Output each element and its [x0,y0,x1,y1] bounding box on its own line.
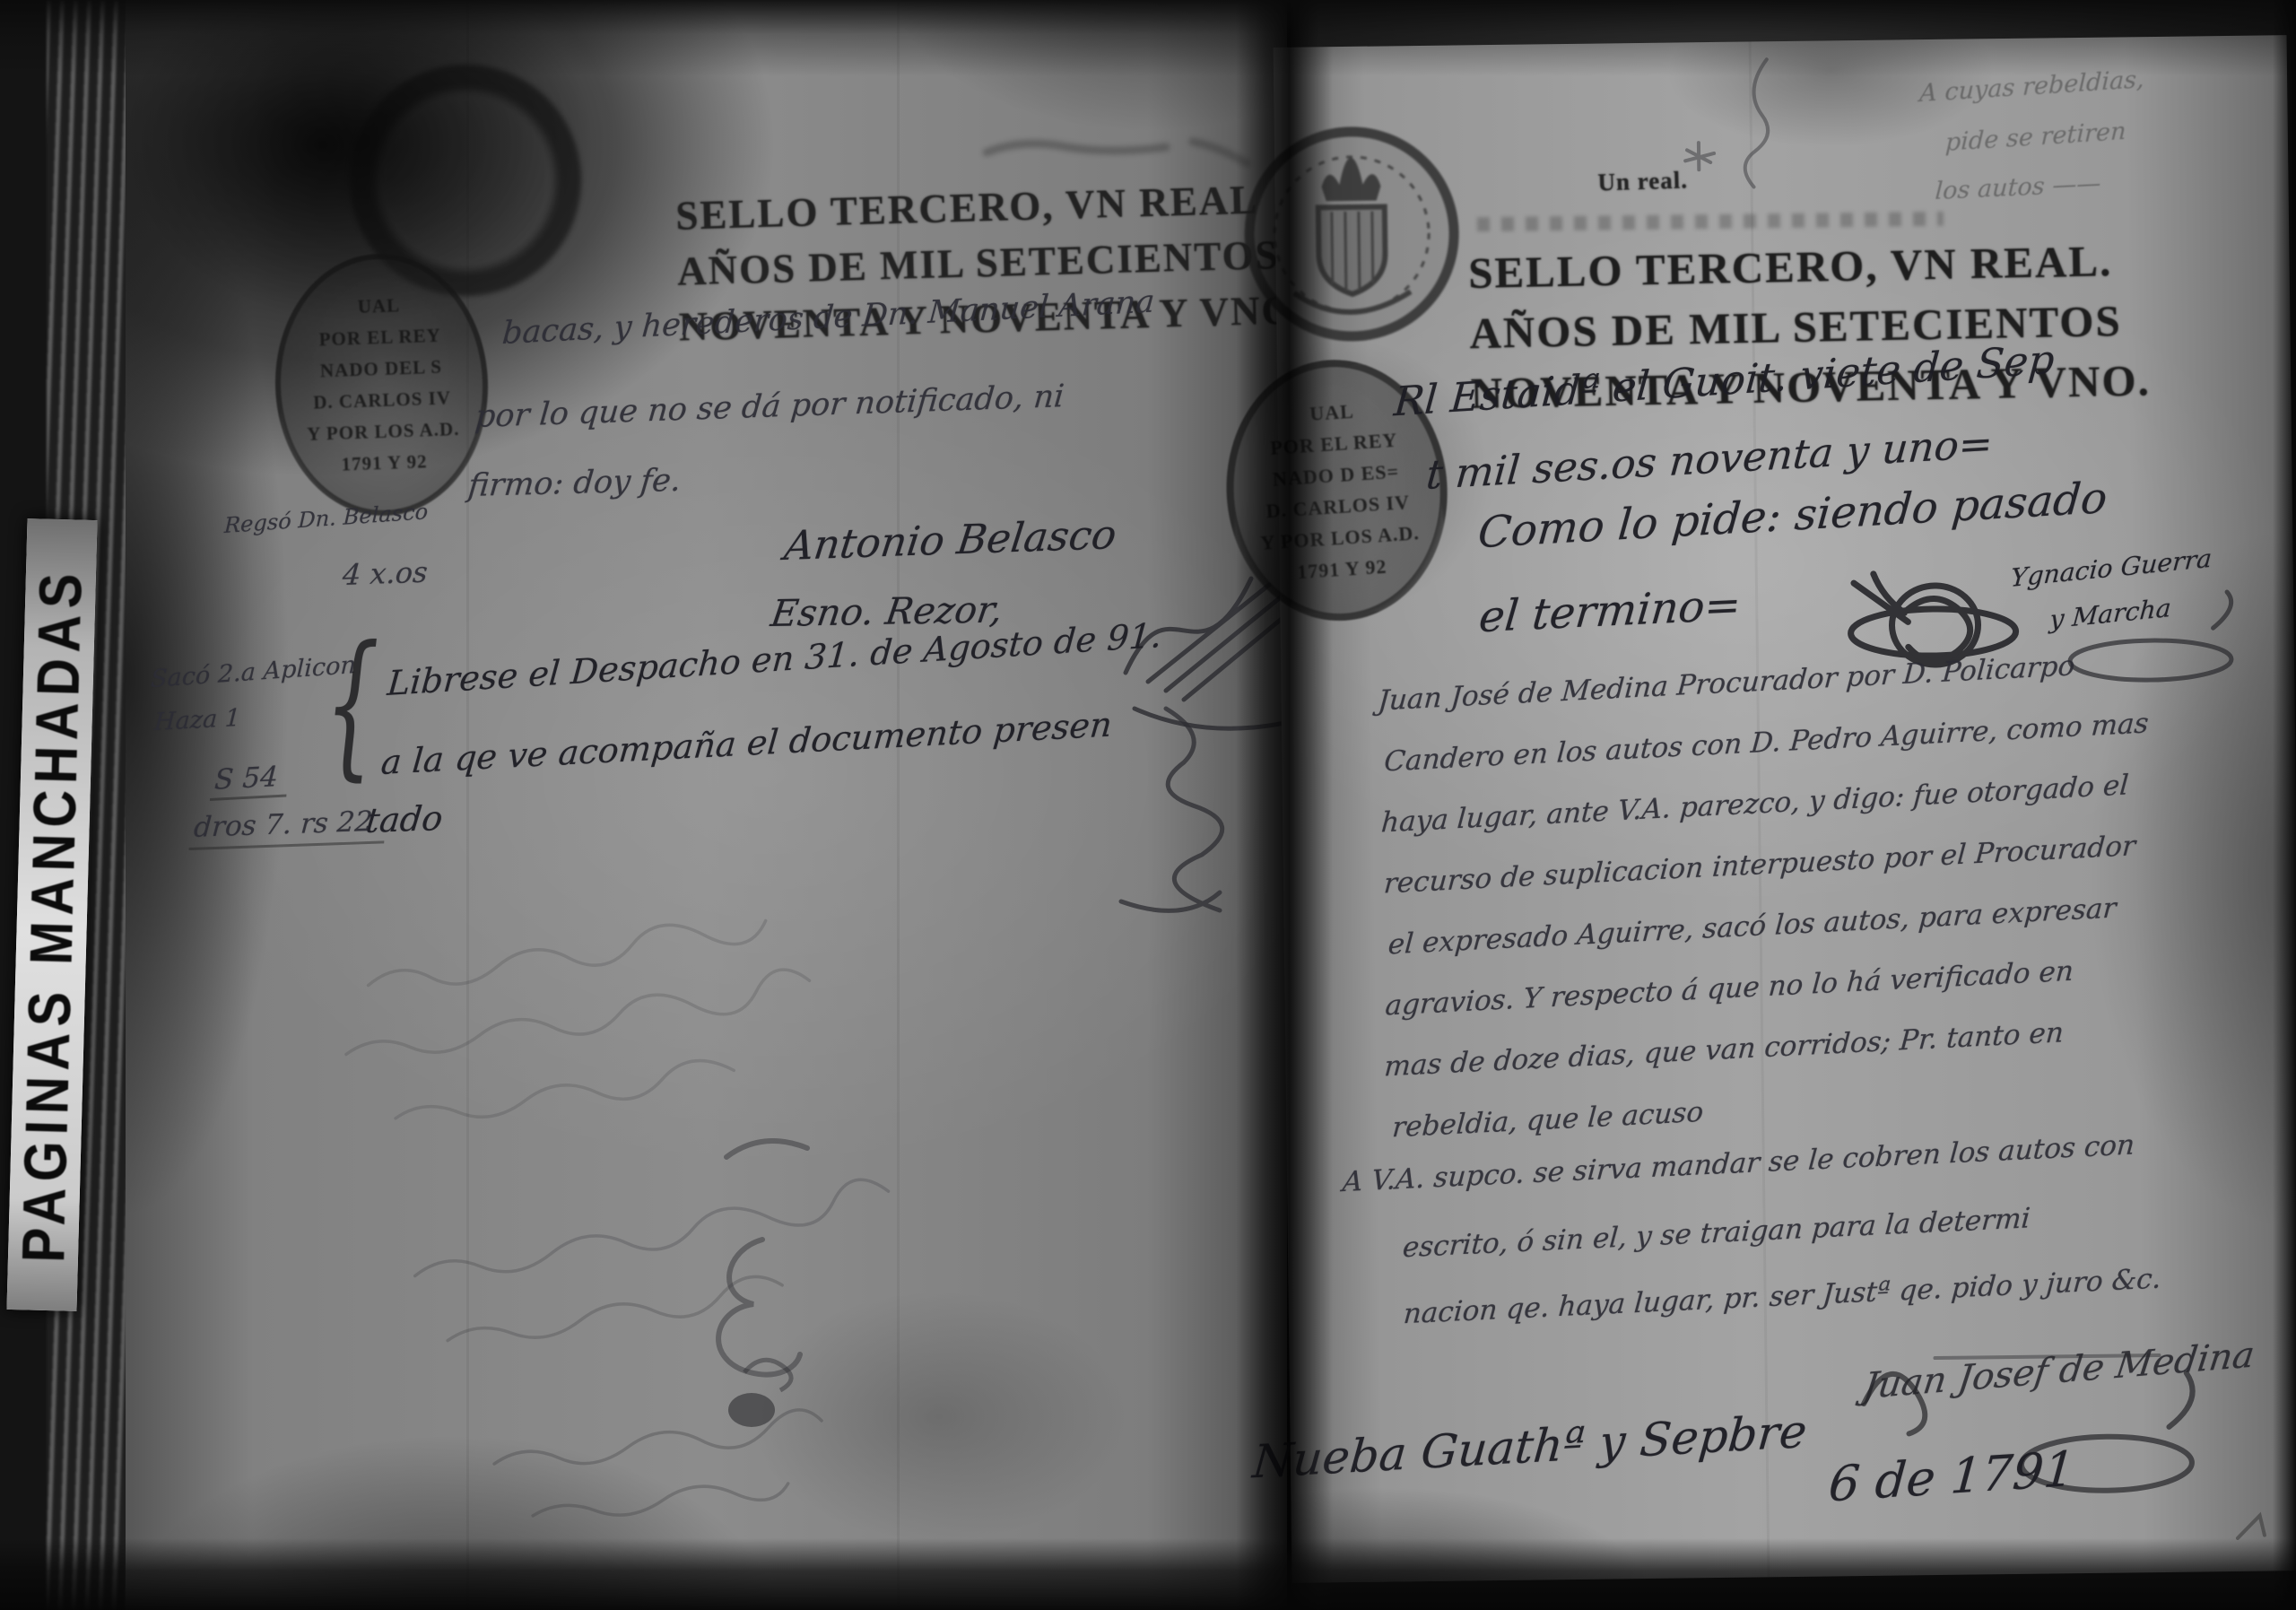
margin-filing-line: Haza 1 [153,704,241,736]
pencil-note-line: pide se retiren [1944,117,2126,157]
fee-note-line: S 54 [210,761,288,801]
left-page: UAL POR EL REY NADO DEL S D. CARLOS IV Y… [126,0,1287,1610]
revalidation-stamp: UAL POR EL REY NADO DEL S D. CARLOS IV Y… [271,250,492,519]
bleedthrough-writing [260,888,1318,1570]
petition-close-line: escrito, ó sin el, y se traigan para la … [1402,1202,2031,1264]
right-page: UAL POR EL REY NADO D ES= D. CARLOS IV Y… [1274,35,2296,1583]
petition-line: Candero en los autos con D. Pedro Aguirr… [1383,707,2150,778]
stamp-line: 1791 Y 92 [283,444,486,483]
fee-note-line: dros 7. rs 22 [188,805,386,850]
decree-signature-name: Ygnacio Guerra [2010,544,2213,593]
petition-line: agravios. Y respecto á que no lo há veri… [1384,955,2074,1023]
petition-line: mas de doze dias, que van corridos; Pr. … [1383,1016,2065,1083]
photo-top-shadow [0,0,2296,76]
notification-note-line: firmo: doy fe. [466,463,683,504]
print-offset-smudge [1477,212,1944,231]
petition-line: el expresado Aguirre, sacó los autos, pa… [1387,892,2118,962]
ink-blot [728,1393,775,1427]
petition-line: rebeldia, que le acuso [1391,1096,1705,1144]
margin-receipt-fee: 4 x.os [342,555,429,592]
notary-signature-name: Antonio Belasco [782,510,1119,570]
photo-bottom-shadow [0,1538,2296,1610]
petition-line: haya lugar, ante V.A. parezco, y digo: f… [1380,769,2130,839]
decree-line: el termino= [1477,579,1744,642]
notification-note-line: por lo que no se dá por notificado, ni [474,379,1065,435]
manuscript-photo: UAL POR EL REY NADO DEL S D. CARLOS IV Y… [0,0,2296,1610]
dateline-place: Nueba Guathª y Sepbre [1250,1405,1809,1489]
photo-right-shadow [2273,0,2296,1610]
book-gutter-shadow [1236,0,1333,1610]
margin-brace: { [325,626,379,783]
pencil-note-line: los autos —— [1935,170,2102,205]
decree-line: a la qe ve acompaña el documento presen [379,705,1114,782]
margin-receipt-line: Regsó Dn. Belasco [224,499,429,538]
